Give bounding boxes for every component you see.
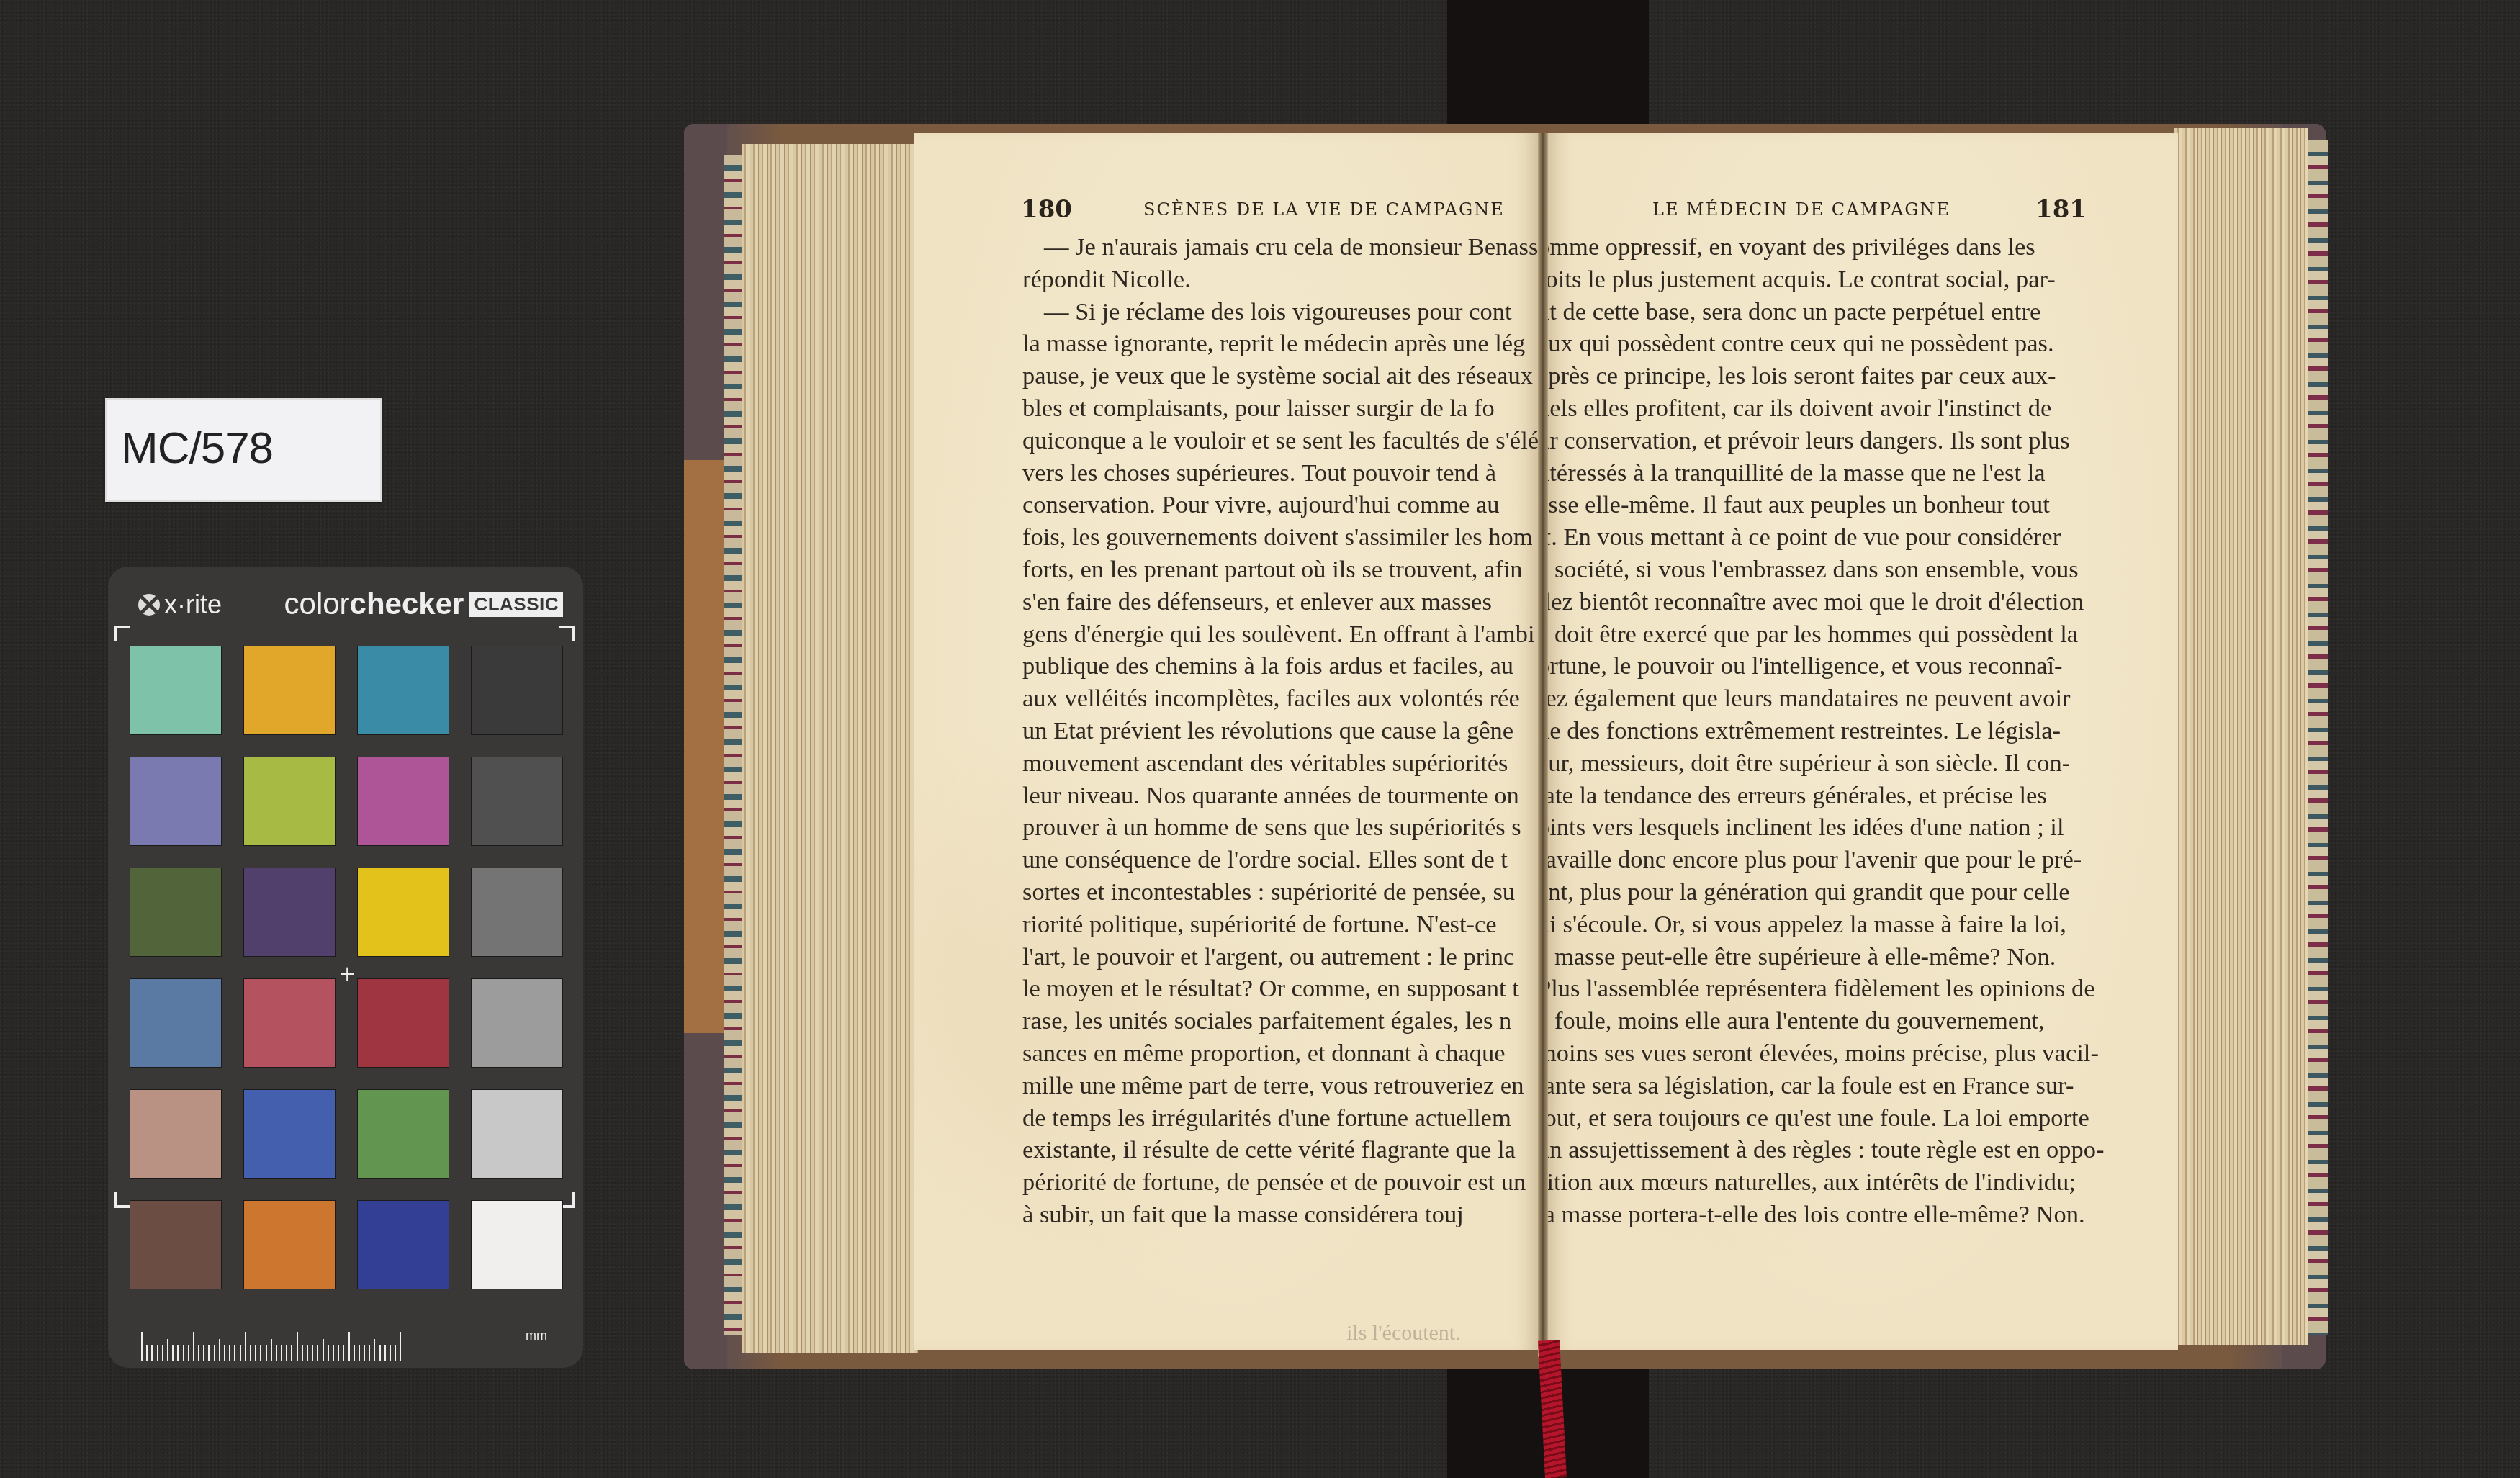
ruler-tick xyxy=(307,1345,308,1361)
text-line: leur niveau. Nos quarante années de tour… xyxy=(1022,780,1539,812)
color-swatch xyxy=(130,978,222,1068)
text-line: uels elles profitent, car ils doivent av… xyxy=(1544,392,2105,425)
ruler-tick xyxy=(369,1345,370,1361)
text-line: la masse ignorante, reprit le médecin ap… xyxy=(1022,328,1539,360)
ruler-tick xyxy=(286,1345,287,1361)
text-line: ur conservation, et prévoir leurs danger… xyxy=(1544,425,2105,457)
ruler-tick xyxy=(219,1339,220,1361)
ruler-tick xyxy=(162,1345,163,1361)
text-line: asse elle-même. Il faut aux peuples un b… xyxy=(1544,489,2105,521)
text-line: répondit Nicolle. xyxy=(1022,263,1539,296)
text-line: après ce principe, les lois seront faite… xyxy=(1544,360,2105,392)
color-swatch xyxy=(243,1089,336,1179)
ruler-tick xyxy=(359,1345,360,1361)
text-line: moins ses vues seront élevées, moins pré… xyxy=(1544,1037,2105,1070)
ruler-tick xyxy=(395,1345,396,1361)
text-line: rez également que leurs mandataires ne p… xyxy=(1544,682,2105,715)
ruler-tick xyxy=(224,1345,225,1361)
text-line: tout, et sera toujours ce qu'est une fou… xyxy=(1544,1102,2105,1135)
page-number-right: 181 xyxy=(2035,195,2087,224)
archive-id-label: MC/578 xyxy=(105,398,382,502)
ruler-tick xyxy=(260,1345,261,1361)
text-line: le moyen et le résultat? Or comme, en su… xyxy=(1022,973,1539,1005)
text-line: bles et complaisants, pour laisser surgi… xyxy=(1022,392,1539,425)
ruler-tick xyxy=(183,1345,184,1361)
text-line: mouvement ascendant des véritables supér… xyxy=(1022,747,1539,780)
text-line: conservation. Pour vivre, aujourd'hui co… xyxy=(1022,489,1539,521)
text-line: publique des chemins à la fois ardus et … xyxy=(1022,650,1539,682)
ruler-tick xyxy=(245,1332,246,1361)
text-line: a masse peut-elle être supérieure à elle… xyxy=(1544,941,2105,973)
ruler-tick xyxy=(302,1345,303,1361)
ruler-tick xyxy=(291,1345,292,1361)
color-swatch xyxy=(130,868,222,957)
registration-corner-icon xyxy=(114,626,130,641)
ruler-tick xyxy=(390,1345,391,1361)
text-line: oints vers lesquels inclinent les idées … xyxy=(1544,811,2105,844)
text-line: ue des fonctions extrêmement restreintes… xyxy=(1544,715,2105,747)
running-head-left: SCÈNES DE LA VIE DE CAMPAGNE xyxy=(1143,199,1505,220)
text-line: quiconque a le vouloir et se sent les fa… xyxy=(1022,425,1539,457)
page-edges-right xyxy=(2174,128,2308,1345)
color-swatch xyxy=(471,757,563,846)
text-line: une conséquence de l'ordre social. Elles… xyxy=(1022,844,1539,876)
text-line: prouver à un homme de sens que les supér… xyxy=(1022,811,1539,844)
text-line: un assujettissement à des règles : toute… xyxy=(1544,1134,2105,1166)
color-swatch xyxy=(471,1089,563,1179)
marbled-endpaper-right xyxy=(2304,140,2328,1335)
text-line: mille une même part de terre, vous retro… xyxy=(1022,1070,1539,1102)
ruler-tick xyxy=(177,1345,179,1361)
ruler-tick xyxy=(379,1345,381,1361)
color-swatch xyxy=(471,646,563,735)
text-line: riorité politique, supériorité de fortun… xyxy=(1022,909,1539,941)
text-line: tate la tendance des erreurs générales, … xyxy=(1544,780,2105,812)
color-swatch xyxy=(243,1200,336,1289)
right-page-text: omme oppressif, en voyant des priviléges… xyxy=(1544,231,2105,1231)
text-line: eux qui possèdent contre ceux qui ne pos… xyxy=(1544,328,2105,360)
product-name-bold: checker xyxy=(350,587,464,621)
crosshair-icon: + xyxy=(340,959,355,989)
ruler-tick xyxy=(203,1345,204,1361)
ruler-tick xyxy=(193,1332,194,1361)
ruler-tick xyxy=(333,1345,334,1361)
color-swatch xyxy=(357,1089,449,1179)
left-page: 180 SCÈNES DE LA VIE DE CAMPAGNE — Je n'… xyxy=(914,133,1541,1350)
ruler-tick xyxy=(240,1345,241,1361)
ruler-tick xyxy=(255,1345,256,1361)
product-name-light: color xyxy=(284,587,350,621)
color-swatch xyxy=(130,757,222,846)
text-line: gens d'énergie qui les soulèvent. En off… xyxy=(1022,618,1539,651)
text-line: à subir, un fait que la masse considérer… xyxy=(1022,1199,1539,1231)
ruler-tick xyxy=(281,1345,282,1361)
color-swatch-grid xyxy=(130,646,562,1207)
text-line: fois, les gouvernements doivent s'assimi… xyxy=(1022,521,1539,554)
brand-text: x·rite xyxy=(164,590,222,620)
text-line: un Etat prévient les révolutions que cau… xyxy=(1022,715,1539,747)
ruler-tick xyxy=(364,1345,365,1361)
color-swatch xyxy=(357,978,449,1068)
ruler-tick xyxy=(343,1345,344,1361)
ruler-tick xyxy=(266,1345,267,1361)
text-line: existante, il résulte de cette vérité fl… xyxy=(1022,1134,1539,1166)
text-line: ortune, le pouvoir ou l'intelligence, et… xyxy=(1544,650,2105,682)
color-swatch xyxy=(130,1089,222,1179)
ruler-tick xyxy=(400,1332,401,1361)
ruler-tick xyxy=(146,1345,148,1361)
ruler-tick xyxy=(317,1345,318,1361)
color-swatch xyxy=(357,757,449,846)
text-line: sances en même proportion, et donnant à … xyxy=(1022,1037,1539,1070)
product-name: colorchecker CLASSIC xyxy=(284,587,563,621)
text-line: ravaille donc encore plus pour l'avenir … xyxy=(1544,844,2105,876)
ruler-tick xyxy=(312,1345,313,1361)
ruler-tick xyxy=(276,1345,277,1361)
ruler-tick xyxy=(328,1345,329,1361)
text-line: e doit être exercé que par les hommes qu… xyxy=(1544,618,2105,651)
ruler-tick xyxy=(234,1345,235,1361)
page-number-left: 180 xyxy=(1021,195,1072,224)
text-line: a société, si vous l'embrassez dans son … xyxy=(1544,554,2105,586)
text-line: ntéressés à la tranquillité de la masse … xyxy=(1544,457,2105,490)
text-line: pause, je veux que le système social ait… xyxy=(1022,360,1539,392)
running-head-right: LE MÉDECIN DE CAMPAGNE xyxy=(1652,199,1950,220)
ruler-tick xyxy=(323,1339,324,1361)
text-line: ui s'écoule. Or, si vous appelez la mass… xyxy=(1544,909,2105,941)
book-gutter xyxy=(1538,133,1548,1357)
text-line: lante sera sa législation, car la foule … xyxy=(1544,1070,2105,1102)
text-line: l'art, le pouvoir et l'argent, ou autrem… xyxy=(1022,941,1539,973)
right-page: LE MÉDECIN DE CAMPAGNE 181 omme oppressi… xyxy=(1544,133,2178,1350)
ruler-tick xyxy=(374,1339,375,1361)
color-swatch xyxy=(471,1200,563,1289)
text-line: — Si je réclame des lois vigoureuses pou… xyxy=(1022,296,1539,328)
text-line: — Je n'aurais jamais cru cela de monsieu… xyxy=(1022,231,1539,263)
page-edges-left xyxy=(742,144,918,1353)
color-swatch xyxy=(243,978,336,1068)
text-line: rase, les unités sociales parfaitement é… xyxy=(1022,1005,1539,1037)
ruler-tick xyxy=(151,1345,153,1361)
ruler-tick xyxy=(384,1345,386,1361)
ruler-tick xyxy=(172,1345,174,1361)
registration-corner-icon xyxy=(114,1192,130,1208)
text-line: sition aux mœurs naturelles, aux intérêt… xyxy=(1544,1166,2105,1199)
text-line: de temps les irrégularités d'une fortune… xyxy=(1022,1102,1539,1135)
ruler-tick xyxy=(271,1339,272,1361)
ruler-tick xyxy=(188,1345,189,1361)
ruler-tick xyxy=(338,1345,339,1361)
color-swatch xyxy=(471,868,563,957)
text-line: aux velléités incomplètes, faciles aux v… xyxy=(1022,682,1539,715)
color-swatch xyxy=(471,978,563,1068)
xrite-logo: x·rite xyxy=(138,590,222,620)
ruler-unit-label: mm xyxy=(526,1328,547,1343)
ruler-tick xyxy=(297,1332,298,1361)
mm-ruler xyxy=(141,1332,516,1361)
text-line: a foule, moins elle aura l'entente du go… xyxy=(1544,1005,2105,1037)
text-line: nt de cette base, sera donc un pacte per… xyxy=(1544,296,2105,328)
cover-left-board xyxy=(684,124,727,1369)
ruler-tick xyxy=(198,1345,199,1361)
text-line: forts, en les prenant partout où ils se … xyxy=(1022,554,1539,586)
text-line: omme oppressif, en voyant des priviléges… xyxy=(1544,231,2105,263)
text-line: périorité de fortune, de pensée et de po… xyxy=(1022,1166,1539,1199)
left-page-text: — Je n'aurais jamais cru cela de monsieu… xyxy=(1022,231,1539,1231)
text-line: llez bientôt reconnaître avec moi que le… xyxy=(1544,586,2105,618)
ruler-tick xyxy=(354,1345,355,1361)
registration-corner-icon xyxy=(559,626,575,641)
color-swatch xyxy=(357,646,449,735)
color-checker-card: x·rite colorchecker CLASSIC + mm xyxy=(108,567,583,1368)
ruler-tick xyxy=(229,1345,230,1361)
color-swatch xyxy=(130,646,222,735)
color-swatch xyxy=(243,868,336,957)
text-line: sortes et incontestables : supériorité d… xyxy=(1022,876,1539,909)
text-line: roits le plus justement acquis. Le contr… xyxy=(1544,263,2105,296)
ruler-tick xyxy=(348,1332,350,1361)
text-line: eur, messieurs, doit être supérieur à so… xyxy=(1544,747,2105,780)
text-line: la masse portera-t-elle des lois contre … xyxy=(1544,1199,2105,1231)
color-swatch xyxy=(243,757,336,846)
text-line: ent, plus pour la génération qui grandit… xyxy=(1544,876,2105,909)
ruler-tick xyxy=(141,1332,143,1361)
text-line: it. En vous mettant à ce point de vue po… xyxy=(1544,521,2105,554)
color-swatch xyxy=(130,1200,222,1289)
text-line: Plus l'assemblée représentera fidèlement… xyxy=(1544,973,2105,1005)
ruler-tick xyxy=(250,1345,251,1361)
ruler-tick xyxy=(157,1345,158,1361)
color-swatch xyxy=(357,868,449,957)
ruler-tick xyxy=(208,1345,210,1361)
text-line: vers les choses supérieures. Tout pouvoi… xyxy=(1022,457,1539,490)
ruler-tick xyxy=(167,1339,168,1361)
color-swatch xyxy=(357,1200,449,1289)
ruler-tick xyxy=(214,1345,215,1361)
archive-id-text: MC/578 xyxy=(121,423,273,474)
edition-badge: CLASSIC xyxy=(469,592,563,617)
show-through-text: ils l'écoutent. xyxy=(1346,1321,1461,1346)
text-line: s'en faire des défenseurs, et enlever au… xyxy=(1022,586,1539,618)
xrite-x-icon xyxy=(138,594,160,616)
color-swatch xyxy=(243,646,336,735)
